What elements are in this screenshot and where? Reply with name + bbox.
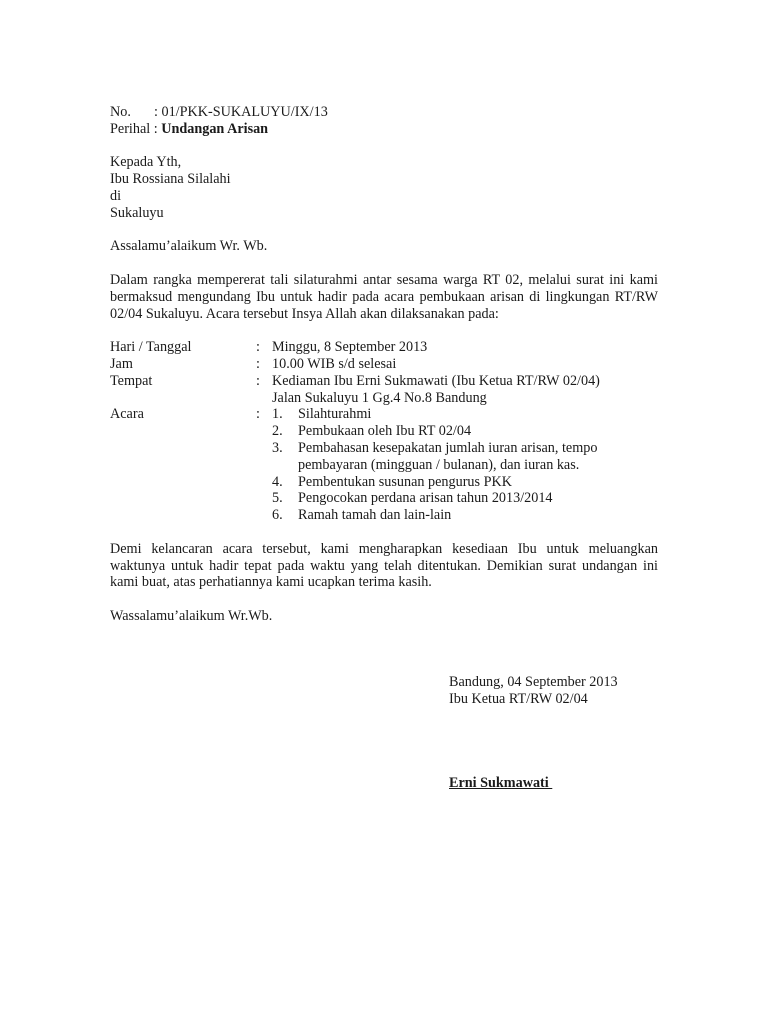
detail-date-value: Minggu, 8 September 2013 [272,339,658,356]
letter-subject-label: Perihal : [110,121,158,138]
agenda-item-number: 1. [272,406,298,423]
signature-place-date: Bandung, 04 September 2013 [449,674,709,691]
agenda-item-text: Silahturahmi [298,406,658,423]
agenda-item-text: Pembahasan kesepakatan jumlah iuran aris… [298,440,658,474]
agenda-item-number: 3. [272,440,298,474]
agenda-item: 4.Pembentukan susunan pengurus PKK [272,474,658,491]
detail-date-label: Hari / Tanggal [110,339,256,356]
detail-colon: : [256,373,272,390]
letter-subject-value: Undangan Arisan [161,121,268,138]
agenda-item-number: 6. [272,507,298,524]
agenda-item-number: 4. [272,474,298,491]
letter-number-label: No. [110,104,154,121]
agenda-item: 2.Pembukaan oleh Ibu RT 02/04 [272,423,658,440]
agenda-item: 1.Silahturahmi [272,406,658,423]
agenda-item-text: Pembukaan oleh Ibu RT 02/04 [298,423,658,440]
recipient-preposition: di [110,188,658,205]
detail-place-line2: Jalan Sukaluyu 1 Gg.4 No.8 Bandung [272,390,658,407]
closing-greeting: Wassalamu’alaikum Wr.Wb. [110,608,658,625]
letter-number-row: No. : 01/PKK-SUKALUYU/IX/13 [110,104,658,121]
letter-subject-row: Perihal : Undangan Arisan [110,121,658,138]
recipient-salutation: Kepada Yth, [110,154,658,171]
detail-place-line1: Kediaman Ibu Erni Sukmawati (Ibu Ketua R… [272,373,658,390]
detail-place-label: Tempat [110,373,256,390]
agenda-item-text: Pembentukan susunan pengurus PKK [298,474,658,491]
detail-colon: : [256,339,272,356]
detail-time-row: Jam : 10.00 WIB s/d selesai [110,356,658,373]
agenda-item-text: Pengocokan perdana arisan tahun 2013/201… [298,490,658,507]
letter-number-value: : 01/PKK-SUKALUYU/IX/13 [154,104,328,121]
detail-agenda-label: Acara [110,406,256,423]
signature-block: Bandung, 04 September 2013 Ibu Ketua RT/… [449,674,709,708]
agenda-item: 3.Pembahasan kesepakatan jumlah iuran ar… [272,440,658,474]
opening-greeting: Assalamu’alaikum Wr. Wb. [110,238,658,255]
event-details: Hari / Tanggal : Minggu, 8 September 201… [110,339,658,524]
signature-position: Ibu Ketua RT/RW 02/04 [449,691,709,708]
detail-time-label: Jam [110,356,256,373]
agenda-container: 1.Silahturahmi 2.Pembukaan oleh Ibu RT 0… [272,406,658,524]
agenda-item: 6.Ramah tamah dan lain-lain [272,507,658,524]
recipient-block: Kepada Yth, Ibu Rossiana Silalahi di Suk… [110,154,658,221]
detail-place-row: Tempat : Kediaman Ibu Erni Sukmawati (Ib… [110,373,658,407]
intro-paragraph: Dalam rangka mempererat tali silaturahmi… [110,272,658,322]
recipient-location: Sukaluyu [110,205,658,222]
agenda-item-text: Ramah tamah dan lain-lain [298,507,658,524]
letter-body: No. : 01/PKK-SUKALUYU/IX/13 Perihal : Un… [110,104,658,625]
detail-time-value: 10.00 WIB s/d selesai [272,356,658,373]
agenda-item: 5.Pengocokan perdana arisan tahun 2013/2… [272,490,658,507]
detail-place-value: Kediaman Ibu Erni Sukmawati (Ibu Ketua R… [272,373,658,407]
recipient-name: Ibu Rossiana Silalahi [110,171,658,188]
detail-date-row: Hari / Tanggal : Minggu, 8 September 201… [110,339,658,356]
agenda-item-number: 2. [272,423,298,440]
signer-name: Erni Sukmawati [449,775,552,792]
agenda-list: 1.Silahturahmi 2.Pembukaan oleh Ibu RT 0… [272,406,658,524]
detail-agenda-row: Acara : 1.Silahturahmi 2.Pembukaan oleh … [110,406,658,524]
agenda-item-number: 5. [272,490,298,507]
detail-colon: : [256,356,272,373]
closing-paragraph: Demi kelancaran acara tersebut, kami men… [110,541,658,591]
detail-colon: : [256,406,272,423]
